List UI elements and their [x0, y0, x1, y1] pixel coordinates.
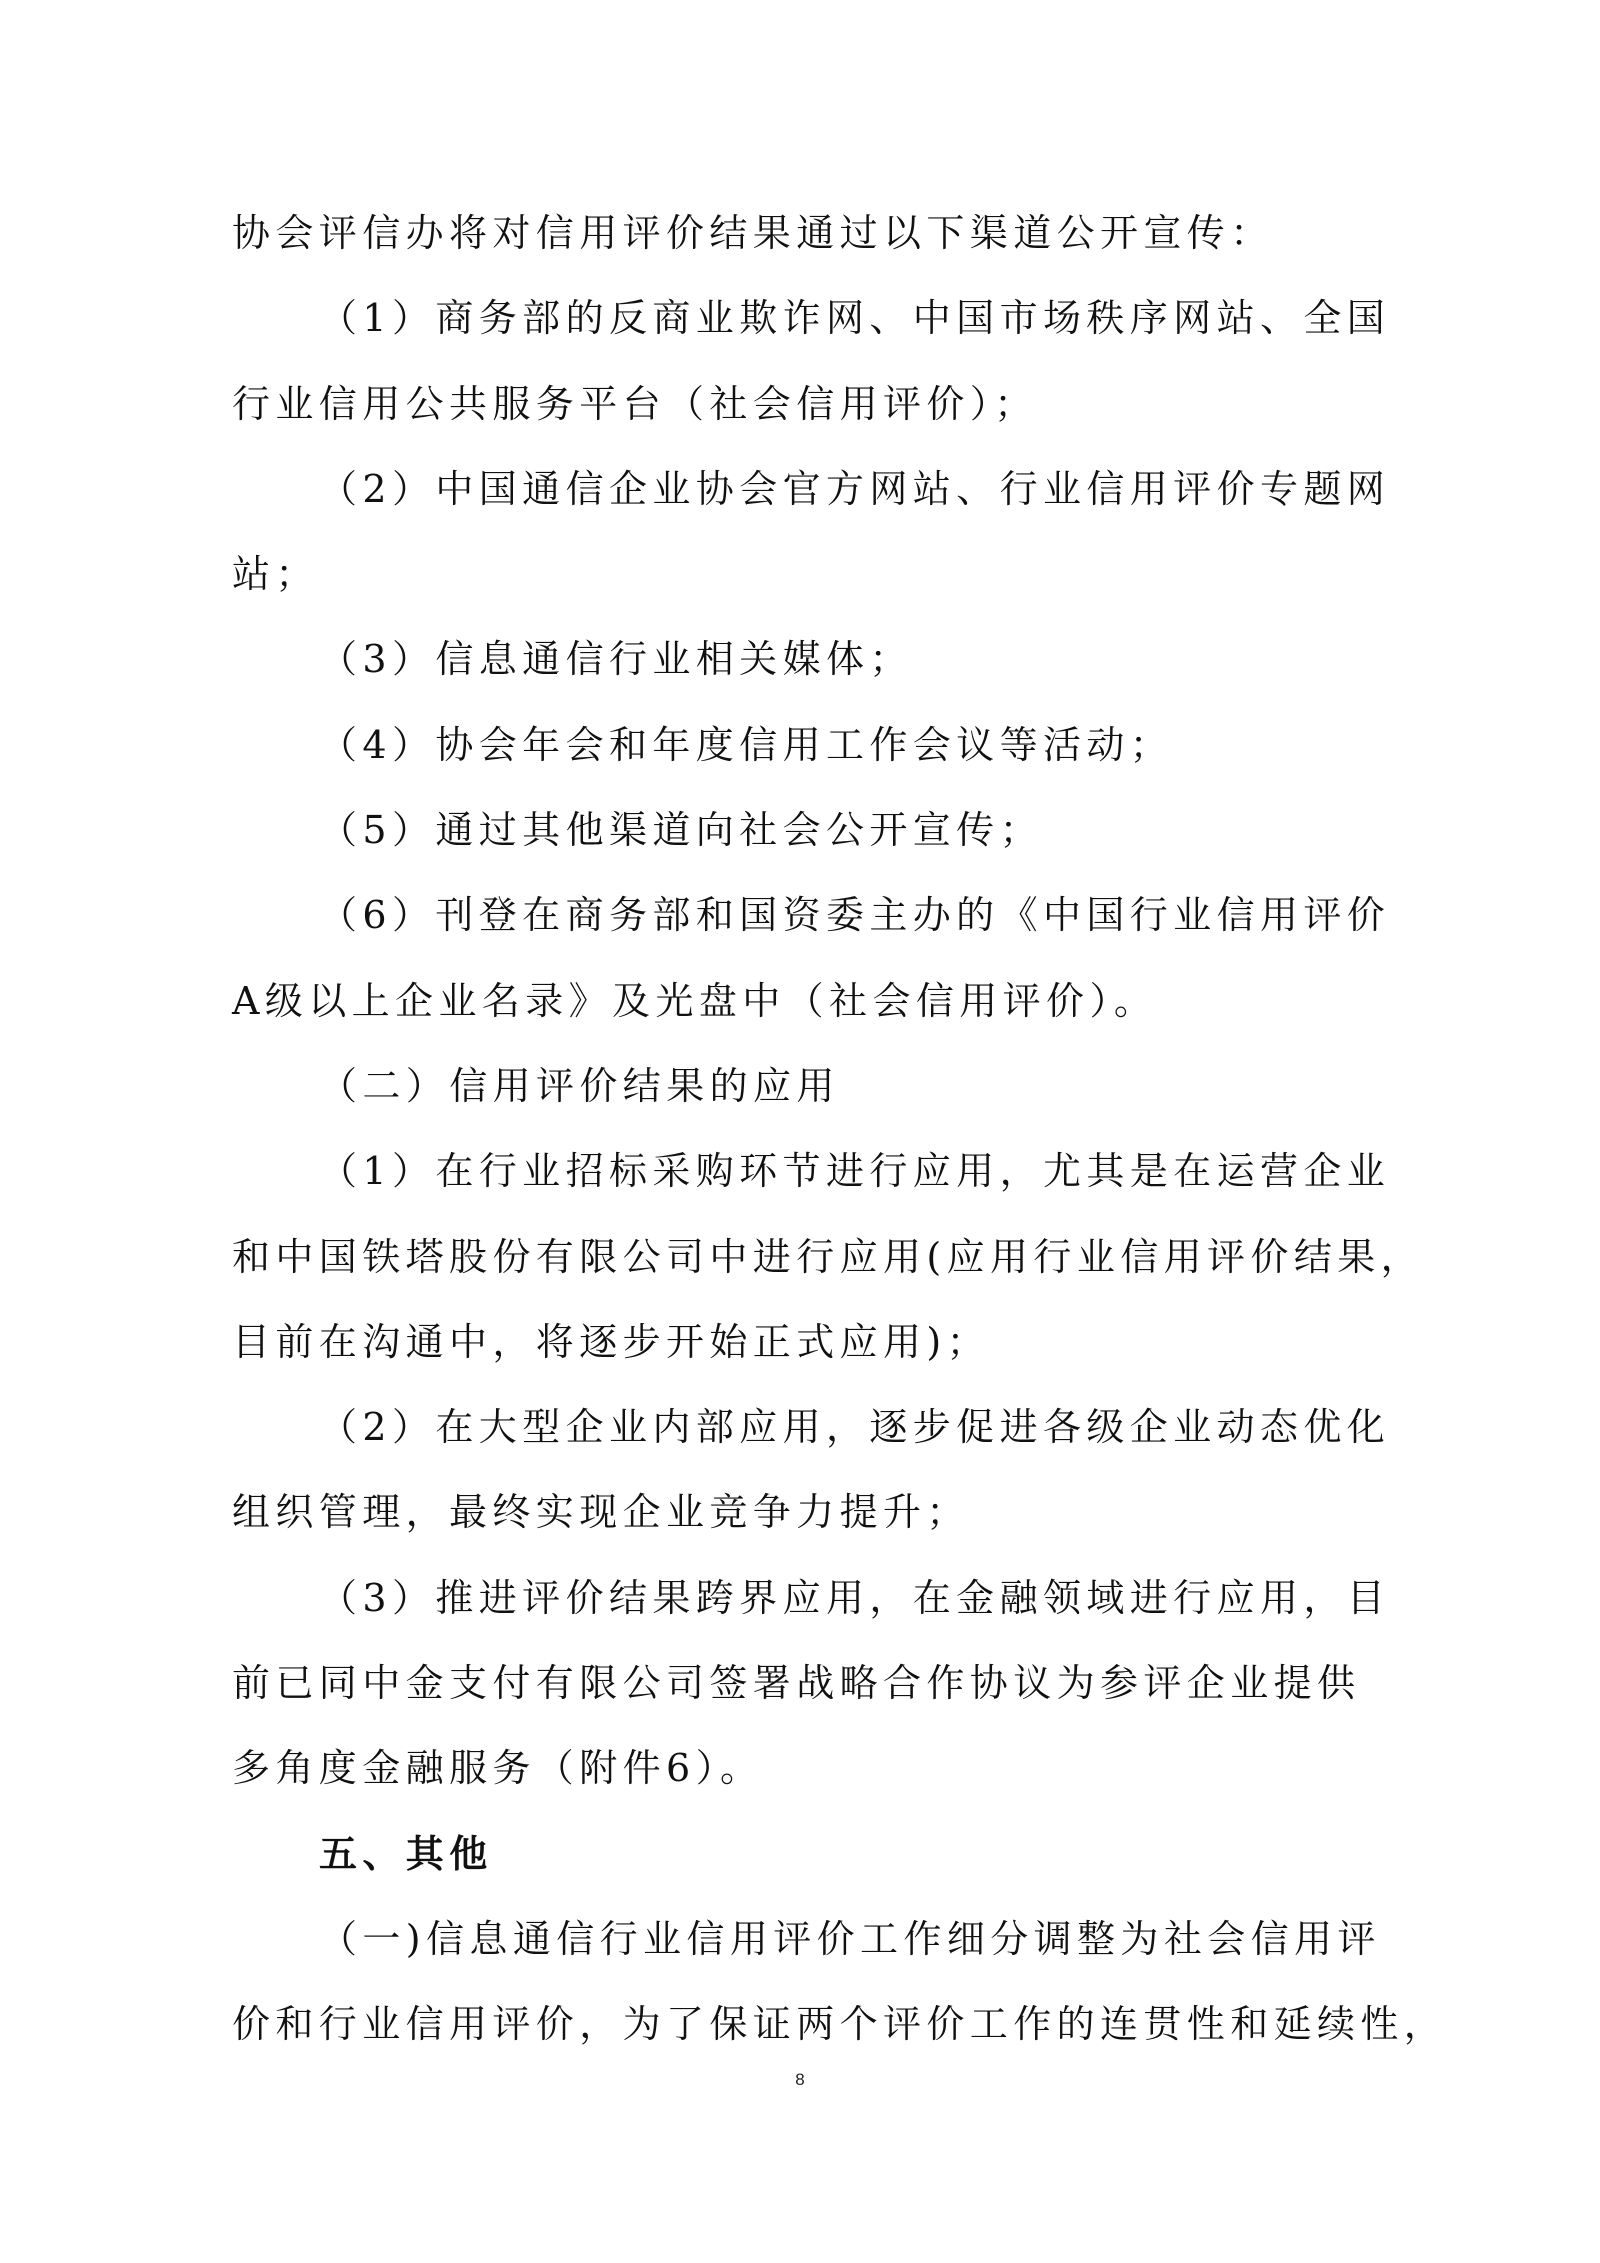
- page-number: 8: [0, 2070, 1600, 2090]
- list-item-channel-1-cont: 行业信用公共服务平台（社会信用评价）；: [232, 374, 1372, 459]
- list-item-channel-6: （6）刊登在商务部和国资委主办的《中国行业信用评价: [232, 885, 1372, 970]
- paragraph-intro: 协会评信办将对信用评价结果通过以下渠道公开宣传：: [232, 203, 1372, 288]
- list-item-application-1-cont-a: 和中国铁塔股份有限公司中进行应用(应用行业信用评价结果，: [232, 1227, 1372, 1312]
- list-item-channel-4: （4）协会年会和年度信用工作会议等活动；: [232, 715, 1372, 800]
- list-item-application-1-cont-b: 目前在沟通中，将逐步开始正式应用)；: [232, 1312, 1372, 1397]
- list-item-channel-6-cont: A级以上企业名录》及光盘中（社会信用评价）。: [232, 971, 1372, 1056]
- document-body: 协会评信办将对信用评价结果通过以下渠道公开宣传： （1）商务部的反商业欺诈网、中…: [232, 203, 1372, 2080]
- list-item-application-1: （1）在行业招标采购环节进行应用，尤其是在运营企业: [232, 1141, 1372, 1226]
- list-item-other-1: （一)信息通信行业信用评价工作细分调整为社会信用评: [232, 1909, 1372, 1994]
- list-item-application-3-cont-a: 前已同中金支付有限公司签署战略合作协议为参评企业提供: [232, 1653, 1372, 1738]
- list-item-channel-5: （5）通过其他渠道向社会公开宣传；: [232, 800, 1372, 885]
- list-item-application-2-cont: 组织管理，最终实现企业竞争力提升；: [232, 1482, 1372, 1567]
- document-page: 协会评信办将对信用评价结果通过以下渠道公开宣传： （1）商务部的反商业欺诈网、中…: [0, 0, 1600, 2263]
- section-heading-other: 五、其他: [232, 1824, 1372, 1909]
- subheading-application: （二）信用评价结果的应用: [232, 1056, 1372, 1141]
- list-item-channel-3: （3）信息通信行业相关媒体；: [232, 629, 1372, 714]
- list-item-channel-1: （1）商务部的反商业欺诈网、中国市场秩序网站、全国: [232, 288, 1372, 373]
- list-item-other-1-cont: 价和行业信用评价，为了保证两个评价工作的连贯性和延续性，: [232, 1994, 1372, 2079]
- list-item-application-2: （2）在大型企业内部应用，逐步促进各级企业动态优化: [232, 1397, 1372, 1482]
- list-item-application-3: （3）推进评价结果跨界应用，在金融领域进行应用，目: [232, 1568, 1372, 1653]
- list-item-channel-2: （2）中国通信企业协会官方网站、行业信用评价专题网: [232, 459, 1372, 544]
- list-item-application-3-cont-b: 多角度金融服务（附件6）。: [232, 1738, 1372, 1823]
- list-item-channel-2-cont: 站；: [232, 544, 1372, 629]
